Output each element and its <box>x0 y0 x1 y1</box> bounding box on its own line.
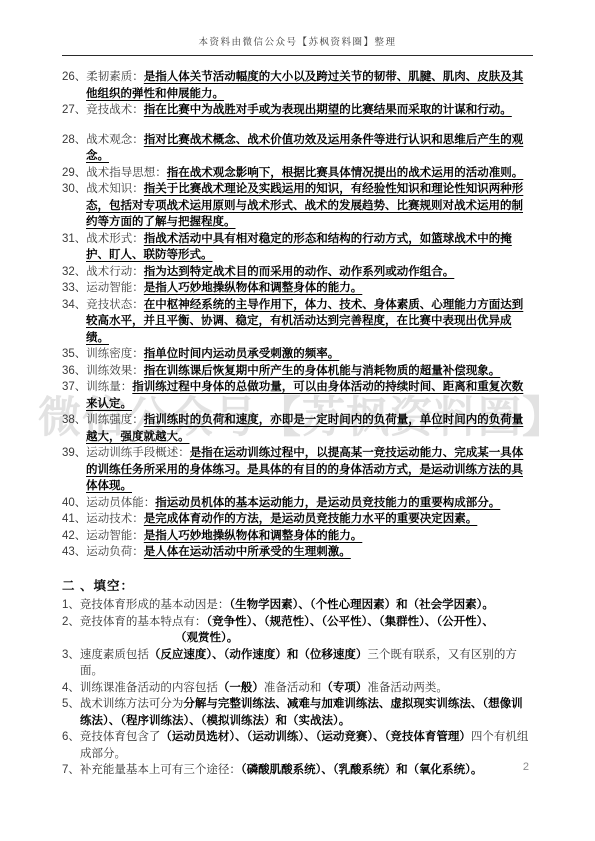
definition-term: 战术知识： <box>86 183 144 195</box>
document-body: 26、柔韧素质：是指人体关节活动幅度的大小以及跨过关节的韧带、肌腱、肌肉、皮肤及… <box>62 69 534 779</box>
item-number: 27、 <box>62 104 86 116</box>
question-text: 竞技体育的基本特点有： <box>80 616 207 628</box>
question-text: 速度素质包括 <box>80 649 149 661</box>
answer-text: （运动员选材）、（运动训练）、（运动竞赛）、（竞技体育管理） <box>160 731 471 743</box>
definition-item: 35、训练密度：指单位时间内运动员承受刺激的频率。 <box>62 346 534 363</box>
definition-term: 柔韧素质： <box>86 71 144 83</box>
answer-text: （生物学因素）、（个性心理因素）和（社会学因素）。 <box>229 599 494 611</box>
answer-text: （反应速度）、（动作速度）和（位移速度） <box>149 649 368 661</box>
answer-text: （观赏性）。 <box>175 632 238 644</box>
definition-text: 是指人巧妙地操纵物体和调整身体的能力。 <box>144 282 363 294</box>
question-text: 补充能量基本上可有三个途径： <box>80 764 241 776</box>
definition-text: 是指人体关节活动幅度的大小以及跨过关节的韧带、肌腱、肌肉、皮肤及其他组织的弹性和… <box>86 71 523 100</box>
definition-text: 在中枢神经系统的主导作用下，体力、技术、身体素质、心理能力方面达到较高水平，并且… <box>86 299 523 344</box>
definition-term: 运动训练手段概述： <box>86 447 190 459</box>
definition-term: 运动负荷： <box>86 546 144 558</box>
question-text: 竞技体育形成的基本动因是： <box>80 599 230 611</box>
item-number: 35、 <box>62 348 86 360</box>
definition-term: 运动员体能： <box>86 497 155 509</box>
question-text: 战术训练方法可分为 <box>80 698 184 710</box>
definition-text: 是指人巧妙地操纵物体和调整身体的能力。 <box>144 530 363 542</box>
definition-text: 指为达到特定战术目的而采用的动作、动作系列或动作组合。 <box>144 266 455 278</box>
definition-item: 42、运动智能：是指人巧妙地操纵物体和调整身体的能力。 <box>62 528 534 545</box>
definition-item: 28、战术观念：指对比赛战术概念、战术价值功效及运用条件等进行认识和思维后产生的… <box>62 132 534 165</box>
item-number: 41、 <box>62 513 86 525</box>
item-number: 28、 <box>62 134 86 146</box>
definition-item: 27、竞技战术：指在比赛中为战胜对手或为表现出期望的比赛结果而采取的计谋和行动。 <box>62 102 534 119</box>
item-number: 39、 <box>62 447 86 459</box>
definition-item: 43、运动负荷：是人体在运动活动中所承受的生理刺激。 <box>62 544 534 561</box>
item-number: 5、 <box>62 698 80 710</box>
item-number: 26、 <box>62 71 86 83</box>
fill-item: 7、补充能量基本上可有三个途径：（磷酸肌酸系统）、（乳酸系统）和（氧化系统）。 <box>62 762 534 779</box>
answer-text: （一般） <box>218 682 264 694</box>
item-number: 32、 <box>62 266 86 278</box>
definition-term: 运动智能： <box>86 530 144 542</box>
fill-item: 3、速度素质包括（反应速度）、（动作速度）和（位移速度）三个既有联系，又有区别的… <box>62 647 534 680</box>
fill-items-list: 1、竞技体育形成的基本动因是：（生物学因素）、（个性心理因素）和（社会学因素）。… <box>62 597 534 779</box>
item-number: 3、 <box>62 649 80 661</box>
definition-item: 26、柔韧素质：是指人体关节活动幅度的大小以及跨过关节的韧带、肌腱、肌肉、皮肤及… <box>62 69 534 102</box>
page-number: 2 <box>523 761 529 773</box>
definition-term: 训练量： <box>86 381 132 393</box>
definition-text: 指对比赛战术概念、战术价值功效及运用条件等进行认识和思维后产生的观念。 <box>86 134 523 163</box>
fill-item: 6、竞技体育包含了（运动员选材）、（运动训练）、（运动竞赛）、（竞技体育管理）四… <box>62 729 534 762</box>
answer-text: （磷酸肌酸系统）、（乳酸系统）和（氧化系统）。 <box>241 764 483 776</box>
item-number: 37、 <box>62 381 86 393</box>
definition-text: 指战术活动中具有相对稳定的形态和结构的行动方式，如篮球战术中的掩护、盯人、联防等… <box>86 233 512 262</box>
page-header: 本资料由微信公众号【苏枫资料圈】整理 <box>62 0 533 56</box>
question-text: 竞技体育包含了 <box>80 731 161 743</box>
fill-section-title: 二 、填空： <box>62 578 534 595</box>
item-number: 33、 <box>62 282 86 294</box>
fill-item: 4、训练课准备活动的内容包括（一般）准备活动和（专项）准备活动两类。 <box>62 680 534 697</box>
definition-term: 竞技状态： <box>86 299 144 311</box>
line-indent <box>80 640 175 641</box>
item-number: 29、 <box>62 167 86 179</box>
definition-term: 战术指导思想： <box>86 167 167 179</box>
definition-text: 指在战术观念影响下，根据比赛具体情况提出的战术运用的活动准则。 <box>167 167 524 179</box>
definition-text: 指在比赛中为战胜对手或为表现出期望的比赛结果而采取的计谋和行动。 <box>144 104 512 116</box>
fill-item: 2、竞技体育的基本特点有：（竞争性）、（规范性）、（公平性）、（集群性）、（公开… <box>62 614 534 647</box>
document-page: 本资料由微信公众号【苏枫资料圈】整理 微信公众号【苏枫资料圈】 26、柔韧素质：… <box>0 0 595 841</box>
definition-term: 战术观念： <box>86 134 144 146</box>
definition-text: 指在训练课后恢复期中所产生的身体机能与消耗物质的超量补偿现象。 <box>144 365 501 377</box>
definition-item: 36、训练效果：指在训练课后恢复期中所产生的身体机能与消耗物质的超量补偿现象。 <box>62 363 534 380</box>
question-text: 训练课准备活动的内容包括 <box>80 682 218 694</box>
definition-item: 41、运动技术：是完成体育动作的方法，是运动员竞技能力水平的重要决定因素。 <box>62 511 534 528</box>
definition-term: 战术行动： <box>86 266 144 278</box>
item-number: 40、 <box>62 497 86 509</box>
definition-item: 37、训练量：指训练过程中身体的总做功量，可以由身体活动的持续时间、距离和重复次… <box>62 379 534 412</box>
item-number: 30、 <box>62 183 86 195</box>
item-number: 6、 <box>62 731 80 743</box>
definition-item: 32、战术行动：指为达到特定战术目的而采用的动作、动作系列或动作组合。 <box>62 264 534 281</box>
definition-term: 训练效果： <box>86 365 144 377</box>
definition-text: 是人体在运动活动中所承受的生理刺激。 <box>144 546 351 558</box>
definition-text: 是完成体育动作的方法，是运动员竞技能力水平的重要决定因素。 <box>144 513 478 525</box>
item-number: 31、 <box>62 233 86 245</box>
definition-term: 运动技术： <box>86 513 144 525</box>
definition-text: 指训练时的负荷和速度，亦即是一定时间内的负荷量，单位时间内的负荷量越大，强度就越… <box>86 414 523 443</box>
item-number: 7、 <box>62 764 80 776</box>
item-number: 43、 <box>62 546 86 558</box>
item-number: 34、 <box>62 299 86 311</box>
answer-text: （竞争性）、（规范性）、（公平性）、（集群性）、（公开性）、 <box>206 616 494 628</box>
definition-term: 竞技战术： <box>86 104 144 116</box>
definition-item: 33、运动智能：是指人巧妙地操纵物体和调整身体的能力。 <box>62 280 534 297</box>
question-text: 准备活动和 <box>264 682 322 694</box>
definition-item: 31、战术形式：指战术活动中具有相对稳定的形态和结构的行动方式，如篮球战术中的掩… <box>62 231 534 264</box>
definition-item: 40、运动员体能：指运动员机体的基本运动能力，是运动员竞技能力的重要构成部分。 <box>62 495 534 512</box>
definition-item: 29、战术指导思想：指在战术观念影响下，根据比赛具体情况提出的战术运用的活动准则… <box>62 165 534 182</box>
definition-term: 训练强度： <box>86 414 144 426</box>
item-number: 2、 <box>62 616 80 628</box>
definition-text: 指训练过程中身体的总做功量，可以由身体活动的持续时间、距离和重复次数来认定。 <box>86 381 523 410</box>
question-text: 准备活动两类。 <box>367 682 448 694</box>
definition-text: 指运动员机体的基本运动能力，是运动员竞技能力的重要构成部分。 <box>155 497 500 509</box>
definition-term: 运动智能： <box>86 282 144 294</box>
definition-text: 指关于比赛战术理论及实践运用的知识，有经验性知识和理论性知识两种形态，包括对专项… <box>86 183 523 228</box>
item-number: 38、 <box>62 414 86 426</box>
definition-text: 指单位时间内运动员承受刺激的频率。 <box>144 348 340 360</box>
answer-text: （专项） <box>321 682 367 694</box>
definition-term: 战术形式： <box>86 233 144 245</box>
fill-item: 5、战术训练方法可分为分解与完整训练法、减难与加难训练法、虚拟现实训练法、（想像… <box>62 696 534 729</box>
fill-item: 1、竞技体育形成的基本动因是：（生物学因素）、（个性心理因素）和（社会学因素）。 <box>62 597 534 614</box>
item-number: 42、 <box>62 530 86 542</box>
definition-item: 39、运动训练手段概述：是指在运动训练过程中，以提高某一竞技运动能力、完成某一具… <box>62 445 534 495</box>
item-number: 1、 <box>62 599 80 611</box>
definition-item: 34、竞技状态：在中枢神经系统的主导作用下，体力、技术、身体素质、心理能力方面达… <box>62 297 534 347</box>
item-number: 36、 <box>62 365 86 377</box>
definitions-list: 26、柔韧素质：是指人体关节活动幅度的大小以及跨过关节的韧带、肌腱、肌肉、皮肤及… <box>62 69 534 561</box>
definition-item: 30、战术知识：指关于比赛战术理论及实践运用的知识，有经验性知识和理论性知识两种… <box>62 181 534 231</box>
item-number: 4、 <box>62 682 80 694</box>
definition-item: 38、训练强度：指训练时的负荷和速度，亦即是一定时间内的负荷量，单位时间内的负荷… <box>62 412 534 445</box>
definition-term: 训练密度： <box>86 348 144 360</box>
header-text: 本资料由微信公众号【苏枫资料圈】整理 <box>198 34 396 48</box>
